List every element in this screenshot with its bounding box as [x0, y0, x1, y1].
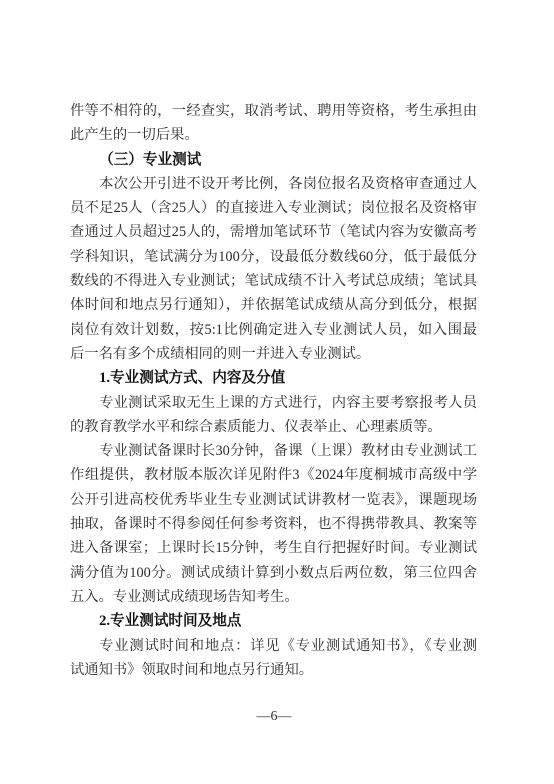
- document-page: 件等不相符的，一经查实，取消考试、聘用等资格，考生承担由 此产生的一切后果。 （…: [0, 0, 554, 784]
- text-line: 的教育教学水平和综合素质能力、仪表举止、心理素质等。: [70, 415, 477, 439]
- continuation-paragraph: 件等不相符的，一经查实，取消考试、聘用等资格，考生承担由 此产生的一切后果。: [70, 99, 477, 148]
- text-line: 件等不相符的，一经查实，取消考试、聘用等资格，考生承担由: [70, 99, 477, 123]
- text-line: 后一名有多个成绩相同的则一并进入专业测试。: [70, 342, 477, 366]
- subsection-heading: 2.专业测试时间及地点: [70, 609, 477, 633]
- text-line: 数线的不得进入专业测试；笔试成绩不计入考试总成绩；笔试具: [70, 269, 477, 293]
- paragraph: 专业测试采取无生上课的方式进行，内容主要考察报考人员 的教育教学水平和综合素质能…: [70, 391, 477, 440]
- subsection-heading: 1.专业测试方式、内容及分值: [70, 366, 477, 390]
- section-heading: （三）专业测试: [70, 148, 477, 172]
- subsection-test-time-location: 2.专业测试时间及地点 专业测试时间和地点：详见《专业测试通知书》，《专业测 试…: [70, 609, 477, 682]
- intro-paragraph: 本次公开引进不设开考比例，各岗位报名及资格审查通过人 员不足25人（含25人）的…: [70, 172, 477, 366]
- text-line: 本次公开引进不设开考比例，各岗位报名及资格审查通过人: [70, 172, 477, 196]
- page-number: —6—: [0, 706, 548, 728]
- text-line: 五入。专业测试成绩现场告知考生。: [70, 585, 477, 609]
- text-line: 专业测试时间和地点：详见《专业测试通知书》，《专业测: [70, 634, 477, 658]
- text-line: 抽取，备课时不得参阅任何参考资料，也不得携带教具、教案等: [70, 512, 477, 536]
- text-line: 满分值为100分。测试成绩计算到小数点后两位数，第三位四舍: [70, 561, 477, 585]
- text-line: 公开引进高校优秀毕业生专业测试试讲教材一览表》，课题现场: [70, 488, 477, 512]
- text-line: 学科知识，笔试满分为100分，设最低分数线60分，低于最低分: [70, 245, 477, 269]
- text-line: 员不足25人（含25人）的直接进入专业测试；岗位报名及资格审: [70, 196, 477, 220]
- paragraph: 专业测试时间和地点：详见《专业测试通知书》，《专业测 试通知书》领取时间和地点另…: [70, 634, 477, 683]
- text-line: 岗位有效计划数，按5:1比例确定进入专业测试人员，如入围最: [70, 318, 477, 342]
- text-line: 试通知书》领取时间和地点另行通知。: [70, 658, 477, 682]
- text-line: 体时间和地点另行通知），并依据笔试成绩从高分到低分，根据: [70, 293, 477, 317]
- text-line: 此产生的一切后果。: [70, 123, 477, 147]
- text-line: 专业测试采取无生上课的方式进行，内容主要考察报考人员: [70, 391, 477, 415]
- text-line: 查通过人员超过25人的，需增加笔试环节（笔试内容为安徽高考: [70, 220, 477, 244]
- text-line: 专业测试备课时长30分钟，备课（上课）教材由专业测试工: [70, 439, 477, 463]
- text-line: 进入备课室；上课时长15分钟，考生自行把握好时间。专业测试: [70, 536, 477, 560]
- subsection-test-method: 1.专业测试方式、内容及分值 专业测试采取无生上课的方式进行，内容主要考察报考人…: [70, 366, 477, 609]
- document-body: 件等不相符的，一经查实，取消考试、聘用等资格，考生承担由 此产生的一切后果。 （…: [70, 99, 477, 682]
- text-line: 作组提供，教材版本版次详见附件3《2024年度桐城市高级中学: [70, 463, 477, 487]
- paragraph: 专业测试备课时长30分钟，备课（上课）教材由专业测试工 作组提供，教材版本版次详…: [70, 439, 477, 609]
